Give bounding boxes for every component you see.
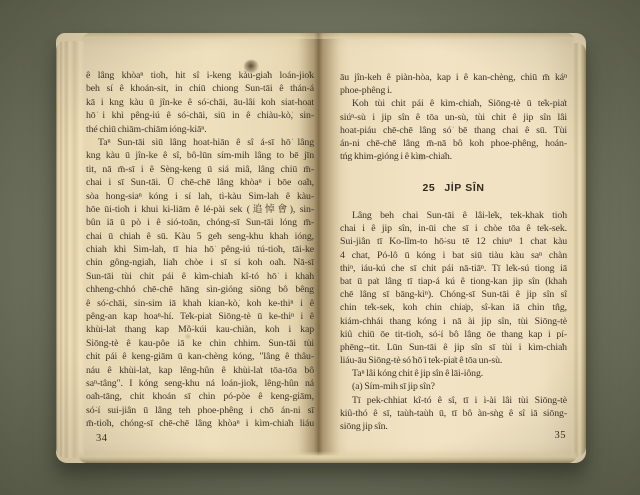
text-line: sòa hong-siaⁿ kóng i sí lah, tì-kàu Sim-…: [86, 190, 314, 203]
right-page-paragraph-1: āu jîn-keh ê piàn-hòa, kap i ê kan-chèng…: [340, 71, 567, 163]
text-line: kiû chiū ōe tit-tio̍h, só͘-í bô lâng ōe …: [340, 328, 567, 341]
text-line: Koh tùi chit pái ê kìm-chia̍h, Siōng-tè …: [340, 97, 567, 110]
text-line: Tī pek-chhiat kî-tó ê sî, tī i ì-ài lâi …: [340, 394, 567, 407]
page-number-left: 34: [96, 433, 108, 444]
text-line: (a) Sím-mih sī jip sîn?: [340, 380, 567, 393]
text-line: chai ū chiah ê sū. Kàu 5 ge̍h seng-khu k…: [86, 230, 314, 243]
text-line: khùi-la̍t thang kap Mô͘-kúi kau-chiàn, k…: [86, 323, 314, 336]
text-line: náu ê khùi-la̍t, kap lêng-hûn ê khùi-la̍…: [86, 364, 314, 377]
text-line: Sun-tāi tùi chit pái ê kìm-chia̍h kî-tó …: [86, 270, 314, 283]
section-title: JI̍P SÎN: [444, 182, 484, 194]
text-line: tńg khim-gióng i ê kìm-chia̍h.: [340, 150, 567, 163]
section-heading: 25JI̍P SÎN: [340, 182, 567, 194]
open-book: ê lâng khòaⁿ tio̍h, hit sî i-keng kàu-gi…: [56, 33, 586, 463]
text-line: chin gông-ngia̍h, lia̍h chòe i sī sí koh…: [86, 256, 314, 269]
text-line: pêng-an kap hoaⁿ-hí. Te̍k-pia̍t Siōng-tè…: [86, 310, 314, 323]
text-line: Sui-jiân tī Ko-lîm-to hō͘-su tē 12 chiuⁿ…: [340, 235, 567, 248]
text-line: chit pái ê keng-giām ū kan-chèng kóng, "…: [86, 350, 314, 363]
text-line: kā i kng kàu ū jîn-ke ê só͘-chāi, āu-lâi…: [86, 96, 314, 109]
section-number: 25: [422, 182, 435, 194]
text-line: hō͘ i khì pêng-iú ê só͘-chāi, siū in ê c…: [86, 109, 314, 122]
text-line: Taⁿ Sun-tāi siū lâng hoat-hiān ê sî á-sī…: [86, 136, 314, 149]
text-line: liáu-āu Siōng-tè só͘ hō͘ i te̍k-pia̍t ê …: [340, 354, 567, 367]
text-line: Taⁿ lâi kóng chit ê jip sîn ê lāi-iông.: [340, 367, 567, 380]
text-line: bûn iā ū pò i ê sió-toān, chóng-sī Sun-t…: [86, 216, 314, 229]
text-line: chai i sī Sun-tāi. Ū chē-chē lâng khòaⁿ …: [86, 176, 314, 189]
text-line: thé chiū chiām-chiām ióng-kiāⁿ.: [86, 123, 314, 136]
text-line: kiám-chhái thang kóng i nā ài jip sîn, t…: [340, 315, 567, 328]
text-line: chheng-chhó chē-chē hāng sìn-gióng siōng…: [86, 283, 314, 296]
text-line: kng kàu ū jîn-ke ê sî, bô-lūn sím-mih lâ…: [86, 149, 314, 162]
text-line: chē lâng sī bāng-kìⁿ). Chóng-sī Sun-tāi …: [340, 288, 567, 301]
text-line: chiah khì Sim-lah, tī hia hō͘ pêng-iú tú…: [86, 243, 314, 256]
text-line: ê lâng khòaⁿ tio̍h, hit sî i-keng kàu-gi…: [86, 69, 314, 82]
left-page-stack-edge: [56, 41, 86, 458]
text-line: Lâng beh chai Sun-tāi ê lâi-le̍k, tek-kh…: [340, 209, 567, 222]
photo-background: ê lâng khòaⁿ tio̍h, hit sî i-keng kàu-gi…: [0, 0, 640, 495]
text-line: kiû-thó ê sī, taùh-taùh ū, tī bô àn-sǹg …: [340, 407, 567, 420]
text-line: 4 chat, Pó-lô ū kóng i bat siū tiàu kàu …: [340, 249, 567, 262]
text-line: tit, nā m̄-sī i ê Sèng-keng ū siá miâ, l…: [86, 163, 314, 176]
page-number-right: 35: [524, 430, 566, 441]
text-line: hōe ūi-tio̍h i khui kì-liām ê lé-pài sek…: [86, 203, 314, 216]
text-line: thiⁿ, iáu-kú che sī chit pái nā-tiāⁿ. Tī…: [340, 262, 567, 275]
text-line: hoat-piáu chē-chē lâng só͘ bē thang chai…: [340, 124, 567, 137]
text-line: oa̍h-tāng, chit khoán sī chin pó-pòe ê k…: [86, 390, 314, 403]
text-line: ê só͘-chāi, sin-sim iā khah kian-kò͘, ko…: [86, 297, 314, 310]
left-page-text: ê lâng khòaⁿ tio̍h, hit sî i-keng kàu-gi…: [86, 69, 314, 431]
text-line: chin te̍k-sek, koh chin chia̍p, sî-kan i…: [340, 301, 567, 314]
text-line: āu jîn-keh ê piàn-hòa, kap i ê kan-chèng…: [340, 71, 567, 84]
text-line: phēng--tit. Lūn Sun-tāi ê jip sîn sī tùi…: [340, 341, 567, 354]
text-line: beh sí ê khoán-sit, in chiū chiong Sun-t…: [86, 82, 314, 95]
right-page-paragraph-2: Lâng beh chai Sun-tāi ê lâi-le̍k, tek-kh…: [340, 209, 567, 433]
right-page-stack-edge: [572, 43, 586, 457]
text-line: Siōng-tè ê kau-pôe iā ke chin chhim. Sun…: [86, 337, 314, 350]
text-line: saⁿ-tâng". I kóng seng-khu ná loán-jio̍k…: [86, 377, 314, 390]
text-line: só͘-í sui-jiân ū lâng teh phoe-phêng i c…: [86, 404, 314, 417]
text-line: phoe-phêng i.: [340, 84, 567, 97]
text-line: bat ū pa̍t lâng tī tiap-á kú ê tiong-kan…: [340, 275, 567, 288]
text-line: án-ni chē-chē lâng m̄-nā bô koh phoe-phê…: [340, 137, 567, 150]
text-line: chai i ê jip sîn, in-ūi che sī i chòe tō…: [340, 222, 567, 235]
text-line: m̄-tio̍h, chóng-sī chē-chē lâng khòaⁿ i …: [86, 417, 314, 430]
text-line: siúⁿ-sù i jip sîn ê tōa un-sù, tùi chit …: [340, 111, 567, 124]
